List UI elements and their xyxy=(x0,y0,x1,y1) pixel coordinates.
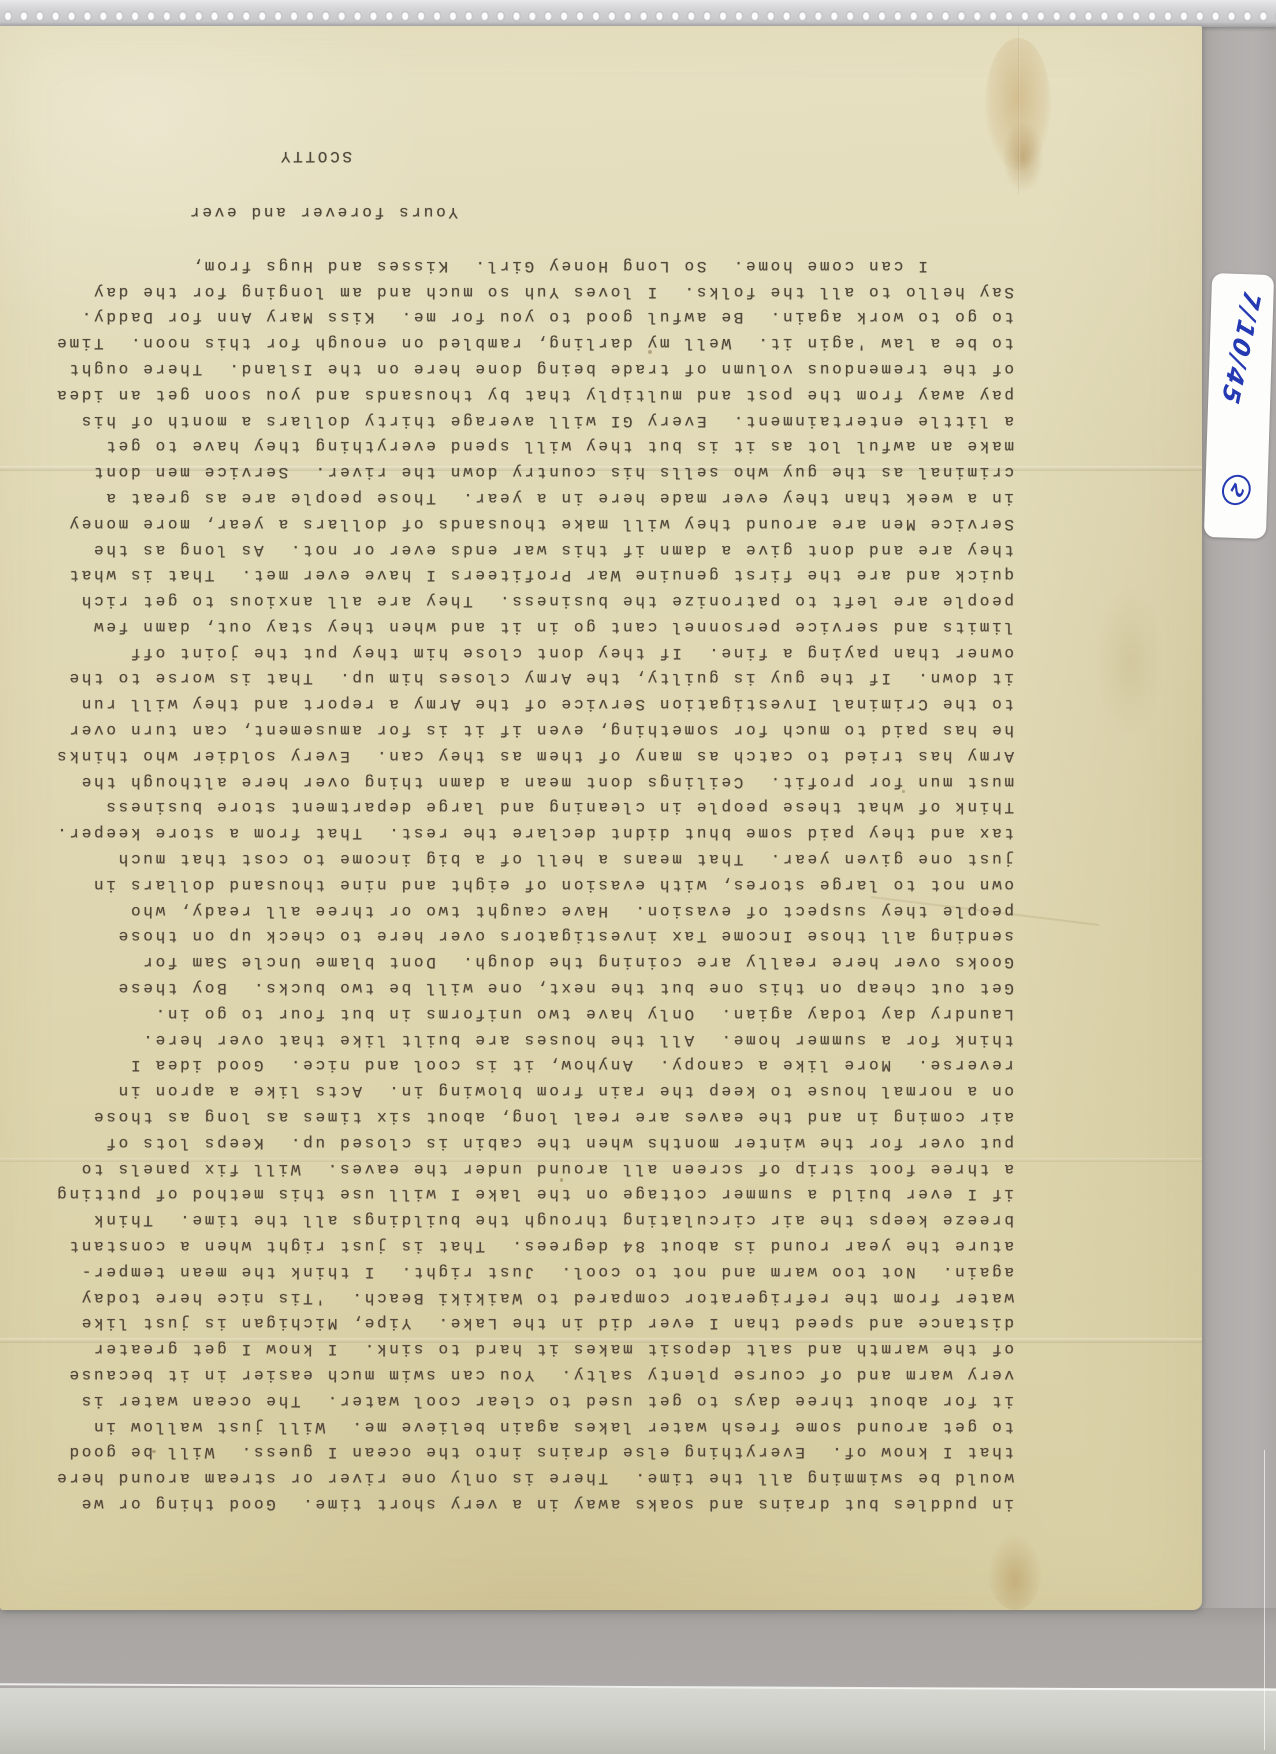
upside-down-letter-content: in puddles but drains and soaks away in … xyxy=(0,26,1202,1610)
letter-body-text: in puddles but drains and soaks away in … xyxy=(60,252,1014,1516)
handwritten-date: 7/10/45 xyxy=(1216,287,1266,409)
sleeve-edge-bottom xyxy=(0,1688,1276,1754)
scanner-background-right xyxy=(1198,0,1276,1616)
handwritten-page-number: 2 xyxy=(1216,470,1256,511)
scanner-background-bottom xyxy=(0,1608,1276,1690)
scratch-mark xyxy=(1264,1450,1265,1750)
letter-closing: Yours forever and ever xyxy=(60,198,1014,224)
letter-paper: in puddles but drains and soaks away in … xyxy=(0,26,1202,1610)
binding-bead-strip xyxy=(0,0,1276,27)
letter-signature: SCOTTY xyxy=(60,142,1014,168)
scanned-letter-page: in puddles but drains and soaks away in … xyxy=(0,0,1276,1754)
archival-date-label: 7/10/45 2 xyxy=(1204,273,1274,539)
